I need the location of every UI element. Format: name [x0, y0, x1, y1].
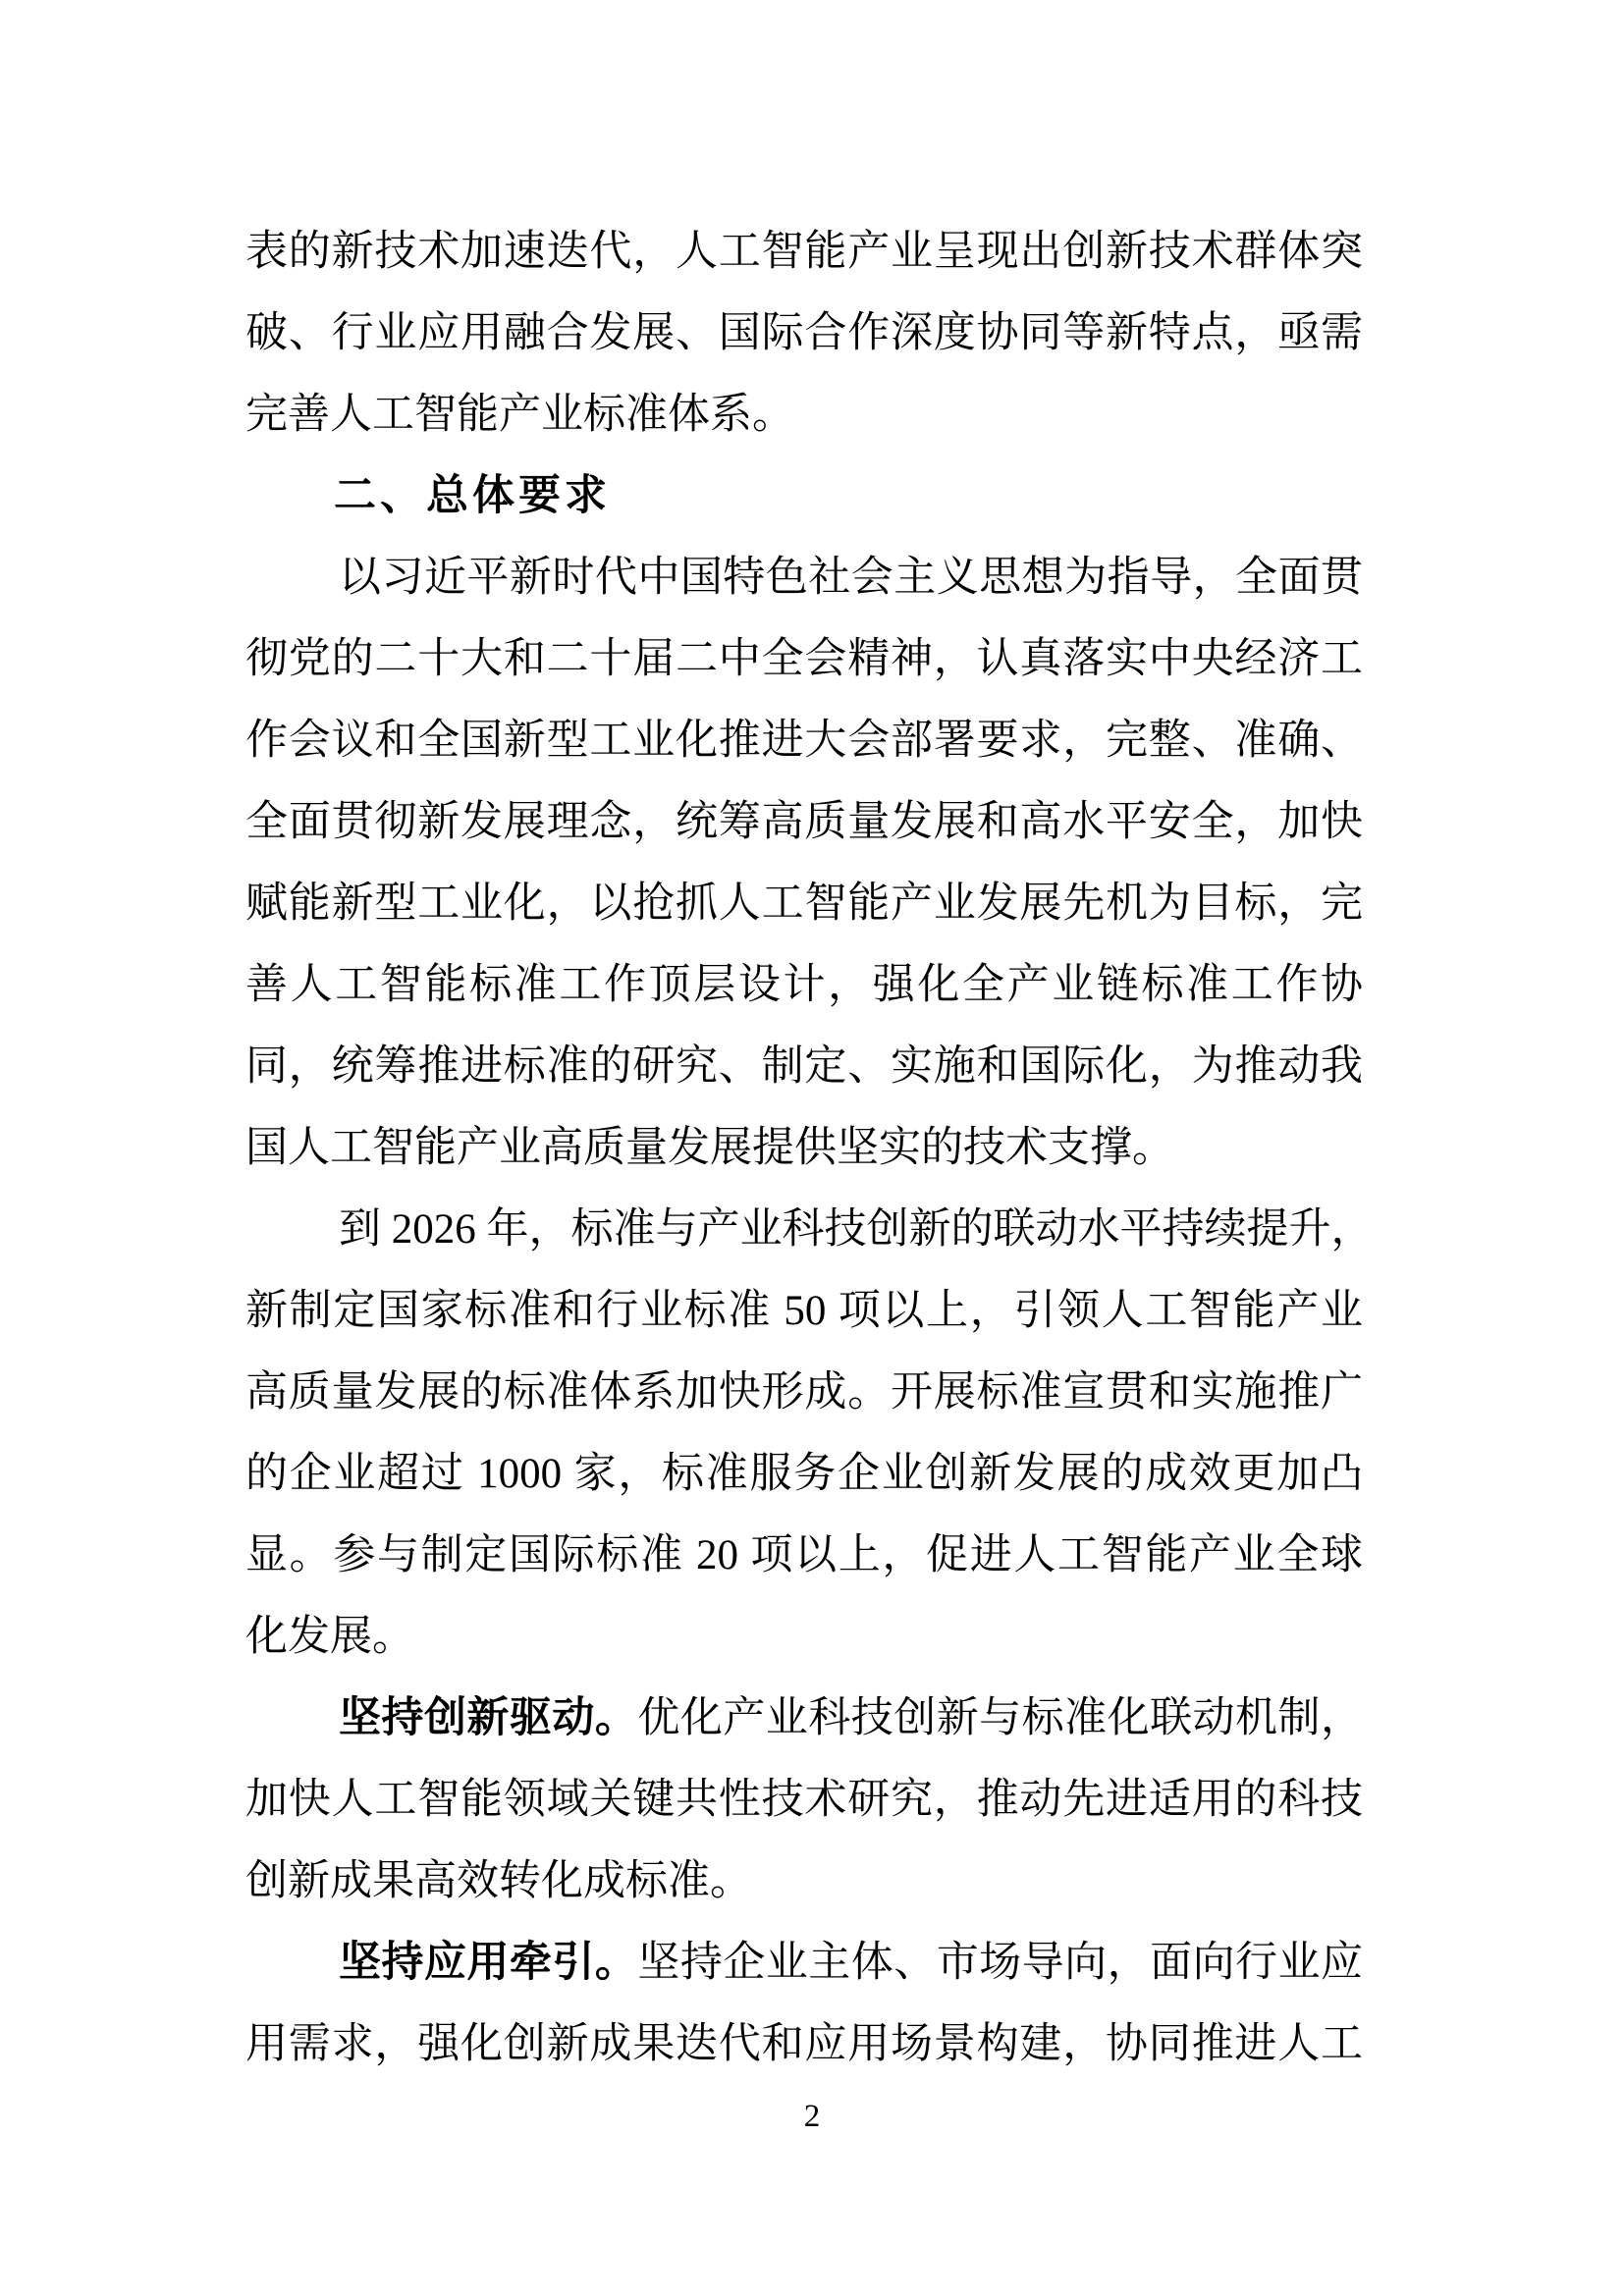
text-line: 表的新技术加速迭代，人工智能产业呈现出创新技术群体突: [245, 211, 1363, 293]
text-line: 国人工智能产业高质量发展提供坚实的技术支撑。: [245, 1107, 1363, 1189]
text-line: 用需求，强化创新成果迭代和应用场景构建，协同推进人工: [245, 2003, 1363, 2085]
page-number: 2: [0, 2097, 1624, 2136]
text-line: 高质量发展的标准体系加快形成。开展标准宣贯和实施推广: [245, 1352, 1363, 1433]
text-line: 坚持应用牵引。坚持企业主体、市场导向，面向行业应: [245, 1922, 1363, 2003]
text-line: 坚持创新驱动。优化产业科技创新与标准化联动机制，: [245, 1678, 1363, 1759]
text-line: 的企业超过 1000 家，标准服务企业创新发展的成效更加凸: [245, 1433, 1363, 1515]
text-line: 创新成果高效转化成标准。: [245, 1841, 1363, 1922]
text-line: 彻党的二十大和二十届二中全会精神，认真落实中央经济工: [245, 618, 1363, 700]
text-line: 新制定国家标准和行业标准 50 项以上，引领人工智能产业: [245, 1270, 1363, 1352]
section-heading: 二、总体要求: [245, 455, 1363, 537]
bold-lead-in: 坚持应用牵引。: [339, 1940, 637, 1986]
bold-lead-in: 坚持创新驱动。: [339, 1695, 637, 1741]
text-line: 以习近平新时代中国特色社会主义思想为指导，全面贯: [245, 537, 1363, 618]
text-line: 全面贯彻新发展理念，统筹高质量发展和高水平安全，加快: [245, 781, 1363, 863]
text-line: 作会议和全国新型工业化推进大会部署要求，完整、准确、: [245, 700, 1363, 781]
text-line: 显。参与制定国际标准 20 项以上，促进人工智能产业全球: [245, 1515, 1363, 1596]
document-page: 表的新技术加速迭代，人工智能产业呈现出创新技术群体突破、行业应用融合发展、国际合…: [0, 0, 1624, 2296]
text-line: 善人工智能标准工作顶层设计，强化全产业链标准工作协: [245, 944, 1363, 1026]
text-line: 到 2026 年，标准与产业科技创新的联动水平持续提升，: [245, 1189, 1363, 1270]
text-line: 加快人工智能领域关键共性技术研究，推动先进适用的科技: [245, 1759, 1363, 1841]
text-line: 赋能新型工业化，以抢抓人工智能产业发展先机为目标，完: [245, 863, 1363, 944]
text-line: 化发展。: [245, 1596, 1363, 1678]
text-line: 完善人工智能产业标准体系。: [245, 374, 1363, 455]
text-line: 破、行业应用融合发展、国际合作深度协同等新特点，亟需: [245, 293, 1363, 374]
text-line: 同，统筹推进标准的研究、制定、实施和国际化，为推动我: [245, 1026, 1363, 1107]
text-column: 表的新技术加速迭代，人工智能产业呈现出创新技术群体突破、行业应用融合发展、国际合…: [245, 211, 1363, 2085]
